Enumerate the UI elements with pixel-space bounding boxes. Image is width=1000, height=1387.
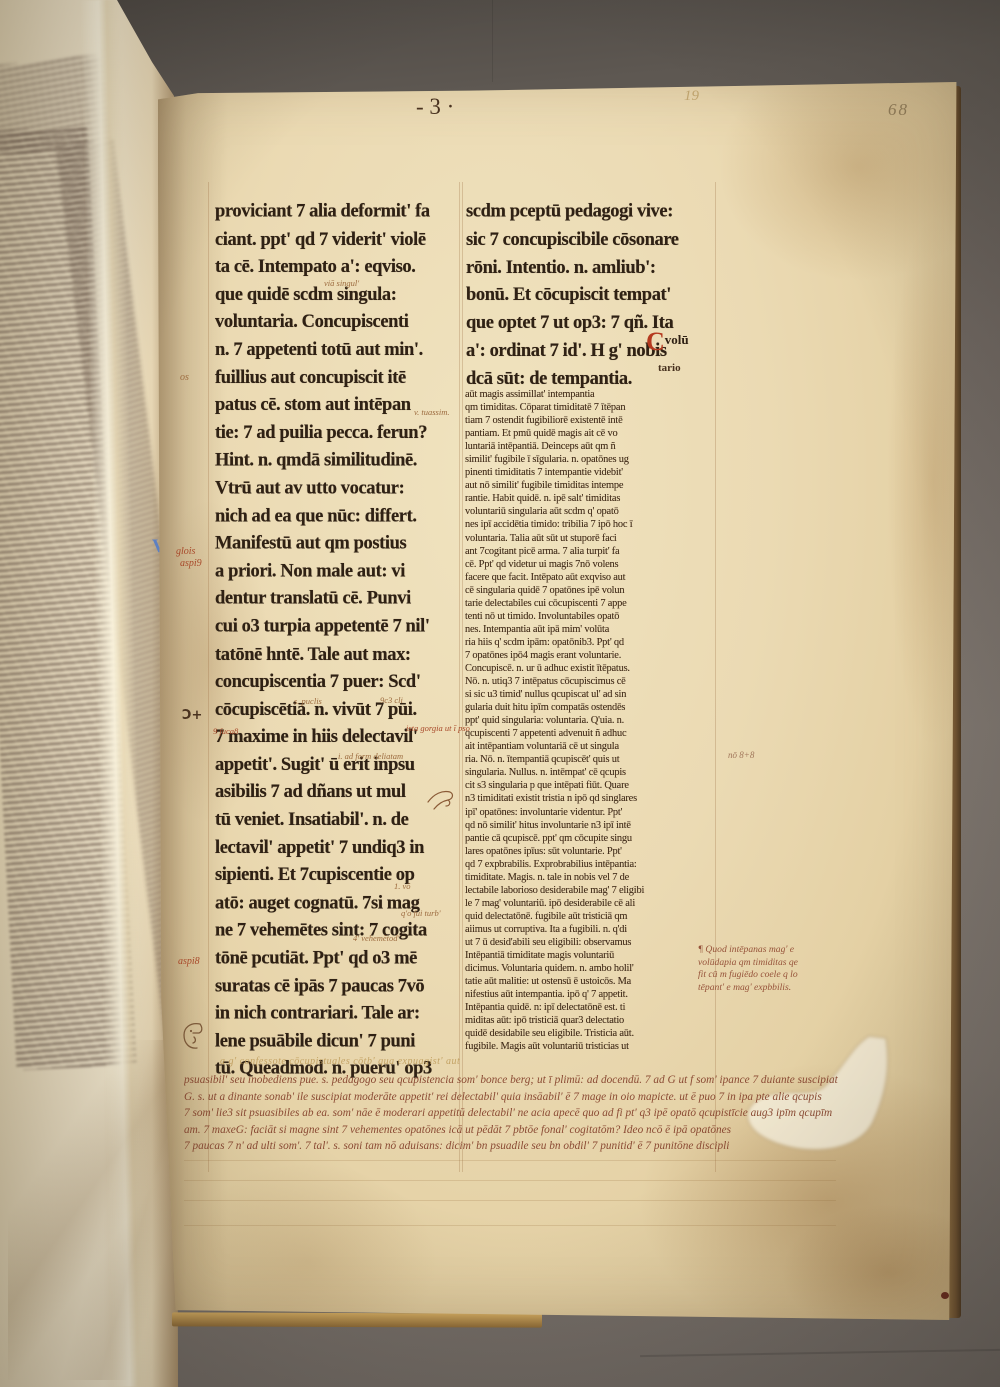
manuscript-line: tie: 7 ad puilia pecca. ferun?	[215, 419, 463, 447]
margin-mark-os: os	[180, 372, 189, 383]
commentary-line: similit' fugibile ī sīgularia. n. opatōn…	[465, 453, 717, 466]
commentary-line: tiam 7 ostendit fugibiliorē existentē in…	[465, 414, 717, 427]
manuscript-photo: V - 3 · 19 68 proviciant 7 alia deformit…	[0, 0, 1000, 1387]
commentary-line: nes. Intempantia aūt ipā mim' volūta	[465, 623, 717, 636]
commentary-line: voluntaria. Talia aūt sūt ut stuporē fac…	[465, 532, 717, 545]
right-commentary-column: aūt magis assimillat' intempantiaqm timi…	[465, 388, 717, 1053]
bottom-annotation-block: psuasibil' seu inobediens pue. s. pedago…	[184, 1072, 884, 1155]
commentary-line: Nō. n. utiq3 7 intēpatus cōcupiscimus cē	[465, 675, 717, 688]
commentary-line: gularia duit hitu ipīm compatās ostendēs	[465, 701, 717, 714]
commentary-line: qd nō similit' hitus involuntarie n3 ipī…	[465, 819, 717, 832]
manuscript-line: ne 7 vehemētes sint: 7 cogita	[215, 917, 463, 945]
faint-foliation: 19	[684, 88, 699, 105]
right-margin-note: ¶ Quod intēpanas mag' evolūdapia qm timi…	[698, 944, 870, 994]
commentary-line: qm timiditas. Cōparat timiditatē 7 ītēpa…	[465, 401, 717, 414]
interlinear-gloss: 1. vō	[394, 881, 411, 891]
interlinear-gloss: 4' vehemētod'	[353, 933, 399, 943]
commentary-line: le 7 mag' voluntariū. ipō desiderabile c…	[465, 897, 717, 910]
backdrop-fold	[640, 1349, 1000, 1357]
parchment-stain	[778, 1202, 998, 1342]
interlinear-gloss: ista gorgia ut ī pso	[406, 723, 470, 733]
left-text-column: proviciant 7 alia deformit' faciant. ppt…	[215, 198, 463, 1083]
commentary-line: pantiam. Et pmū quidē magis ait cē vo	[465, 427, 717, 440]
manuscript-line: Manifestū aut qm postius	[215, 530, 463, 558]
ruling-line	[184, 1160, 836, 1161]
commentary-line: cē singularia quidē 7 opatōnes ipē volun	[465, 584, 717, 597]
commentary-line: ait intēpantiam voluntariā cē ut singula	[465, 740, 717, 753]
manuscript-line: dentur translatū cē. Punvi	[215, 585, 463, 613]
paragraph-mark: Ɔ+	[182, 708, 202, 723]
ruling-line	[184, 1225, 836, 1226]
faint-annotation-line: a g' confessote cōcupistuales cōtb' qua …	[220, 1056, 460, 1067]
manuscript-line: concupiscentia 7 puer: Scd'	[215, 668, 463, 696]
commentary-line: n3 timiditati existit tristia n ipō qd s…	[465, 792, 717, 805]
commentary-line: miditas aūt: ipō tristiciā quar3 delecta…	[465, 1014, 717, 1027]
commentary-line: ria hiis q' scdm ipām: opatōnib3. Ppt' q…	[465, 636, 717, 649]
commentary-line: pantie cā qcupiscē. ppt' qm cōcupite sin…	[465, 832, 717, 845]
commentary-line: singularia. Nullus. n. intēmpat' cē qcup…	[465, 766, 717, 779]
manuscript-line: ta cē. Intempato a': eqviso.	[215, 253, 463, 281]
manuscript-line: n. 7 appetenti totū aut min'.	[215, 336, 463, 364]
verso-page: V	[0, 0, 178, 1387]
margin-gloss-red: aspi9	[180, 558, 202, 569]
commentary-line: ant 7cogitant picē arma. 7 alia turpit' …	[465, 545, 717, 558]
manuscript-line: bonū. Et cōcupiscit tempat'	[466, 282, 718, 310]
parchment-stain	[888, 222, 978, 742]
rubricated-initial: Cvolū	[646, 328, 689, 354]
manuscript-line: scdm pceptū pedagogi vive:	[466, 198, 718, 226]
manicule-doodle	[426, 788, 456, 812]
face-doodle	[180, 1020, 208, 1052]
commentary-line: rantie. Habit quidē. n. ipē salt' timidi…	[465, 492, 717, 505]
manuscript-line: fuillius aut concupiscit itē	[215, 364, 463, 392]
commentary-line: lectabile laborioso desiderabile mag' 7 …	[465, 884, 717, 897]
manuscript-line: lene psuābile dicun' 7 puni	[215, 1028, 463, 1056]
hanging-word: tario	[658, 362, 681, 374]
commentary-line: tarie delectabiles cui cōcupiscenti 7 ap…	[465, 597, 717, 610]
commentary-line: tatie aūt malitie: ut ostensū ē ustoicōs…	[465, 975, 717, 988]
commentary-line: cit s3 singularia p que intēpati fiūt. Q…	[465, 779, 717, 792]
manuscript-line: rōni. Intentio. n. amliub':	[466, 254, 718, 282]
manuscript-line: Hint. n. qmdā similitudinē.	[215, 447, 463, 475]
manuscript-line: tōnē pcutiāt. Ppt' qd o3 mē	[215, 945, 463, 973]
commentary-line: aūt magis assimillat' intempantia	[465, 388, 717, 401]
margin-gloss-red: glois	[176, 546, 195, 557]
manuscript-line: a priori. Non male aut: vi	[215, 558, 463, 586]
manuscript-line: lectavil' appetit' 7 undiq3 in	[215, 834, 463, 862]
commentary-line: quidē desidabile seu eligibile. Tristici…	[465, 1027, 717, 1040]
commentary-line: dicimus. Voluntaria quidem. n. ambo holi…	[465, 962, 717, 975]
annotation-line: am. 7 maxeG: faciāt si magne sint 7 vehe…	[184, 1122, 884, 1139]
bottom-book-edge	[172, 1312, 542, 1327]
margin-mark-aspi: aspi8	[178, 956, 200, 967]
manuscript-line: tatōnē hntē. Tale aut max:	[215, 641, 463, 669]
annotation-line: 7 som' lie3 sit psuasibiles ab ea. som' …	[184, 1105, 884, 1122]
page-number: - 3 ·	[416, 94, 454, 120]
commentary-line: facere que facit. Intēpato aūt exqviso a…	[465, 571, 717, 584]
commentary-line: tenti nō ut timido. Involuntabiles opatō	[465, 610, 717, 623]
commentary-line: pinenti timiditatis 7 intempantie videbi…	[465, 466, 717, 479]
commentary-line: si sic u3 timid' nullus qcupiscat ul' ad…	[465, 688, 717, 701]
ruling-line	[184, 1180, 836, 1181]
commentary-line: aut nō similit' fugibile timiditas intem…	[465, 479, 717, 492]
commentary-line: timiditate. Magis. n. tale in nobis vel …	[465, 871, 717, 884]
manuscript-line: nich ad ea que nūc: differt.	[215, 502, 463, 530]
manuscript-line: cōcupiscētiā. n. vivūt 7 pūi.	[215, 696, 463, 724]
interlinear-gloss: s. puclis	[294, 696, 322, 706]
manuscript-line: Vtrū aut av utto vocatur:	[215, 475, 463, 503]
manuscript-line: ciant. ppt' qd 7 viderit' violē	[215, 226, 463, 254]
manuscript-line: proviciant 7 alia deformit' fa	[215, 198, 463, 226]
ruling-line	[208, 182, 209, 1172]
commentary-line: nifestius aūt intempantia. ipō q' 7 appe…	[465, 988, 717, 1001]
manuscript-line: suratas cē ipās 7 paucas 7vō	[215, 972, 463, 1000]
initial-word: volū	[665, 332, 689, 347]
commentary-line: ipī' opatōnes: involuntarie videntur. Pp…	[465, 806, 717, 819]
commentary-line: qcupiscenti 7 appetenti advenuit ñ adhuc	[465, 727, 717, 740]
interlinear-gloss: 9c3 cli	[380, 695, 403, 705]
commentary-line: lares opatōnes ipīus: sūt voluntarie. Pp…	[465, 845, 717, 858]
interlinear-gloss: viā singul'	[324, 278, 359, 288]
recto-page: - 3 · 19 68 proviciant 7 alia deformit' …	[158, 82, 958, 1320]
commentary-line: fugibile. Magis aūt voluntariū tristicia…	[465, 1040, 717, 1053]
annotation-line: 7 paucas 7 n' ad ulti som'. 7 tal'. s. s…	[184, 1138, 884, 1155]
manuscript-line: voluntaria. Concupiscenti	[215, 309, 463, 337]
margin-note-line: volūdapia qm timiditas qe	[698, 957, 870, 970]
interlinear-gloss: i. ad form deliatam	[338, 751, 403, 761]
manuscript-line: sipienti. Et 7cupiscentie op	[215, 862, 463, 890]
margin-jotting: nō 8+8	[728, 750, 754, 760]
commentary-line: ut 7 ū desid'abili seu eligibili: observ…	[465, 936, 717, 949]
commentary-line: Intēpantiā timiditate magis voluntariū	[465, 949, 717, 962]
commentary-line: Concupiscē. n. ur ū adhuc existit ītēpat…	[465, 662, 717, 675]
manuscript-line: sic 7 concupiscibile cōsonare	[466, 226, 718, 254]
manuscript-line: in nich contrariari. Tale ar:	[215, 1000, 463, 1028]
ruling-line	[184, 1200, 836, 1201]
interlinear-gloss: 9 fuca8	[213, 726, 238, 736]
annotation-line: psuasibil' seu inobediens pue. s. pedago…	[184, 1072, 884, 1089]
commentary-line: qd 7 expbrabilis. Exprobrabilius intēpan…	[465, 858, 717, 871]
commentary-line: luntariā intēpantiā. Deinceps aūt qm ñ	[465, 440, 717, 453]
margin-note-line: tēpant' e mag' expbbilis.	[698, 982, 870, 995]
commentary-line: cē. Ppt' qd videtur ui magis 7nō volens	[465, 558, 717, 571]
commentary-line: ppt' quid singularia: voluntaria. Q'uia.…	[465, 714, 717, 727]
margin-note-line: fit cū m fugiēdo coele q lo	[698, 969, 870, 982]
commentary-line: ria. Nō. n. ītempantiā qcupiscēt' quis u…	[465, 753, 717, 766]
backdrop-crease	[492, 0, 493, 82]
manuscript-line: cui o3 turpia appetentē 7 nil'	[215, 613, 463, 641]
interlinear-gloss: q'o fui turb'	[401, 908, 441, 918]
commentary-line: nes ipī accidētia timido: tribilia 7 ipō…	[465, 518, 717, 531]
margin-note-line: ¶ Quod intēpanas mag' e	[698, 944, 870, 957]
annotation-line: G. s. ut a dinante sonab' ile suscipiat …	[184, 1089, 884, 1106]
commentary-line: voluntariū singularia aūt scdm q' opatō	[465, 505, 717, 518]
commentary-line: aiimus ut corruptiva. Ita a fugibili. n.…	[465, 923, 717, 936]
interlinear-gloss: v. tuassim.	[414, 407, 450, 417]
folio-number: 68	[888, 100, 909, 120]
commentary-line: quid delectatōnē. fugibile aūt tristiciā…	[465, 910, 717, 923]
commentary-line: 7 opatōnes ipō4 magis erant voluntarie.	[465, 649, 717, 662]
edge-stain-spot	[941, 1292, 949, 1299]
initial-letter: C	[646, 327, 665, 356]
commentary-line: Intēpantia quidē. n: ipī delectatōnē est…	[465, 1001, 717, 1014]
